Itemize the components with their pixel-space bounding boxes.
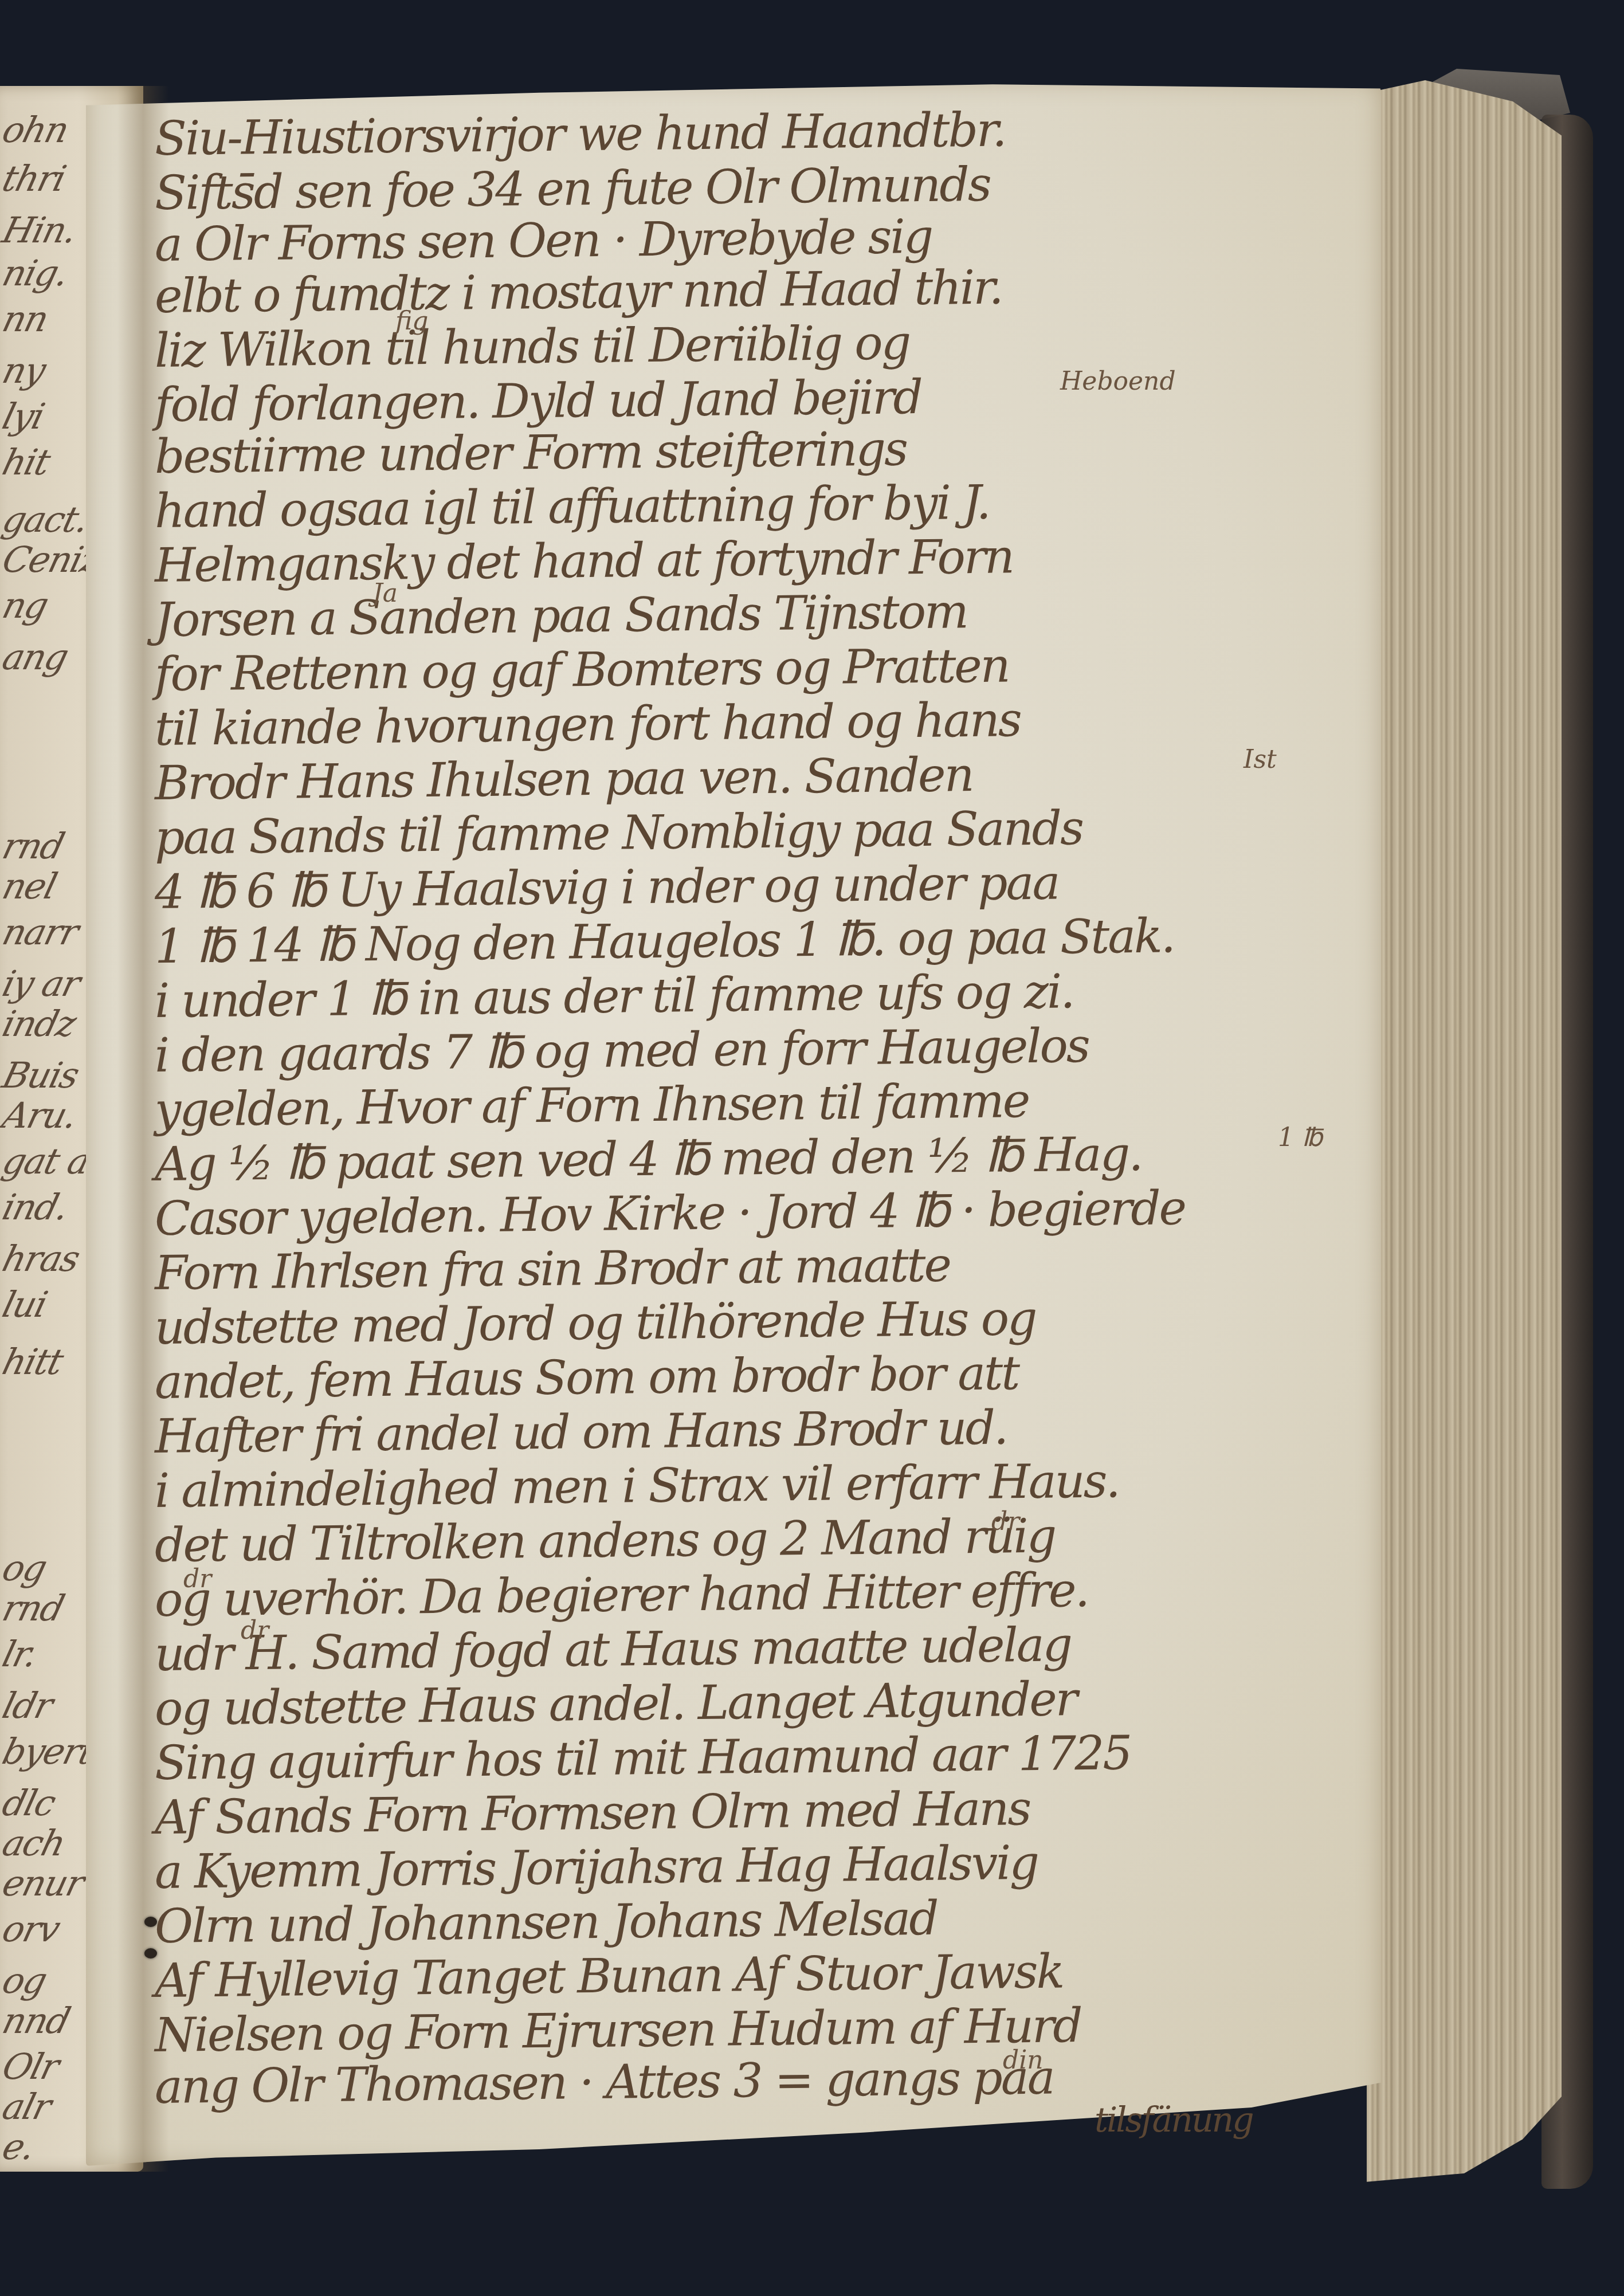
text-line: ygelden, Hvor af Forn Ihnsen til famme	[155, 1074, 1029, 1137]
text-line: elbt o fumdtz i mostayr nnd Haad thir.	[155, 261, 1002, 324]
left-fragment: hit	[0, 441, 54, 483]
left-fragment: hitt	[0, 1341, 67, 1383]
text-line: a Kyemm Jorris Jorijahsra Hag Haalsvig	[155, 1836, 1038, 1899]
interlinear-note: din	[1003, 2046, 1044, 2075]
page-fore-edge	[1367, 72, 1562, 2203]
text-line: det ud Tiltrolken andens og 2 Mand rüig	[155, 1509, 1056, 1573]
text-line: Hafter fri andel ud om Hans Brodr ud.	[155, 1400, 1007, 1464]
left-fragment: ldr	[0, 1685, 56, 1726]
left-fragment: nnd	[0, 2000, 74, 2042]
left-fragment: ach	[0, 1822, 69, 1864]
text-line: i under 1 ℔ in aus der til famme ufs og …	[155, 964, 1074, 1029]
left-fragment: nel	[0, 865, 61, 907]
left-fragment: orv	[0, 1908, 64, 1950]
text-line: i den gaards 7 ℔ og med en forr Haugelos	[155, 1019, 1089, 1083]
text-line: Jorsen a Sanden paa Sands Tijnstom	[155, 584, 968, 647]
text-line: ang Olr Thomasen · Attes 3 = gangs paa	[155, 2051, 1054, 2114]
manuscript-scan: ohn thri Hin. nig. nn ny lyi hit gact. C…	[0, 0, 1624, 2296]
left-fragment: ind.	[0, 1186, 72, 1228]
text-line: 1 ℔ 14 ℔ Nog den Haugelos 1 ℔. og paa St…	[155, 909, 1175, 974]
text-line: 4 ℔ 6 ℔ Uy Haalsvig i nder og under paa	[155, 855, 1059, 920]
left-fragment: lui	[0, 1284, 51, 1325]
left-fragment: Buis	[0, 1054, 83, 1096]
text-line: bestiirme under Form steifterings	[155, 422, 907, 484]
text-line: til kiande hvorungen fort hand og hans	[155, 693, 1021, 756]
left-fragment: rnd	[0, 1587, 68, 1629]
text-line: Helmgansky det hand at fortyndr Forn	[155, 529, 1014, 593]
text-line: Brodr Hans Ihulsen paa ven. Sanden	[155, 748, 973, 811]
left-fragment: nig.	[0, 252, 72, 294]
text-line: i almindelighed men i Strax vil erfarr H…	[155, 1454, 1120, 1518]
text-line: paa Sands til famme Nombligy paa Sands	[155, 801, 1083, 865]
interlinear-note: Heboend	[1060, 367, 1176, 396]
left-fragment: e.	[0, 2126, 39, 2168]
left-fragment: hras	[0, 1238, 83, 1280]
text-line: og uverhör. Da begierer hand Hitter effr…	[155, 1563, 1089, 1627]
interlinear-note: Ja	[372, 579, 398, 608]
left-fragment: indz	[0, 1003, 80, 1045]
left-fragment: enur	[0, 1862, 88, 1904]
left-fragment: ng	[0, 584, 52, 626]
text-line: og udstette Haus andel. Langet Atgunder	[155, 1672, 1077, 1736]
text-line: Forn Ihrlsen fra sin Brodr at maatte	[155, 1238, 951, 1301]
text-line: udr H. Samd fogd at Haus maatte udelag	[155, 1618, 1072, 1682]
left-fragment: gact.	[0, 499, 92, 540]
text-line: udstette med Jord og tilhörende Hus og	[155, 1292, 1037, 1355]
left-fragment: dlc	[0, 1782, 59, 1824]
text-line: Af Hyllevig Tanget Bunan Af Stuor Jawsk	[155, 1944, 1064, 2008]
text-line: for Rettenn og gaf Bomters og Pratten	[155, 638, 1010, 702]
left-fragment: ny	[0, 350, 49, 391]
left-fragment: lyi	[0, 395, 48, 437]
interlinear-note: dr	[991, 1507, 1019, 1536]
text-line: Olrn und Johannsen Johans Melsad	[155, 1891, 938, 1954]
left-fragment: ohn	[0, 109, 72, 151]
text-line: hand ogsaa igl til affuattning for byi J…	[155, 476, 990, 539]
interlinear-note: dr	[241, 1616, 269, 1645]
left-fragment: thri	[0, 158, 69, 199]
interlinear-note: 1 ℔	[1278, 1123, 1323, 1152]
text-line: Siu-Hiustiorsvirjor we hund Haandtbr.	[155, 103, 1006, 166]
text-line: Casor ygelden. Hov Kirke · Jord 4 ℔ · be…	[155, 1181, 1186, 1246]
text-line: Ag ½ ℔ paat sen ved 4 ℔ med den ½ ℔ Hag.	[155, 1127, 1142, 1192]
text-line: liz Wilkon til hunds til Deriiblig og	[155, 316, 910, 378]
left-fragment: Aru.	[0, 1094, 81, 1136]
left-fragment: og	[0, 1547, 50, 1589]
text-line: Sing aguirfur hos til mit Haamund aar 17…	[155, 1726, 1131, 1791]
interlinear-note: Ist	[1244, 745, 1277, 774]
left-fragment: iy ar	[0, 963, 84, 1004]
left-fragment: Olr	[0, 2046, 62, 2087]
interlinear-note: fig	[395, 307, 429, 336]
left-fragment: lr.	[0, 1633, 41, 1675]
left-fragment: nn	[0, 298, 52, 340]
left-fragment: narr	[0, 911, 82, 953]
left-fragment: og	[0, 1960, 50, 2001]
text-line: tilsfänung	[1095, 2100, 1253, 2140]
left-fragment: rnd	[0, 825, 68, 867]
interlinear-note: dr	[183, 1564, 211, 1594]
left-fragment: alr	[0, 2086, 55, 2128]
left-fragment: Hin.	[0, 209, 81, 251]
left-fragment: ang	[0, 636, 72, 678]
text-line: Af Sands Forn Formsen Olrn med Hans	[155, 1781, 1030, 1845]
text-line: andet, fem Haus Som om brodr bor att	[155, 1346, 1019, 1410]
